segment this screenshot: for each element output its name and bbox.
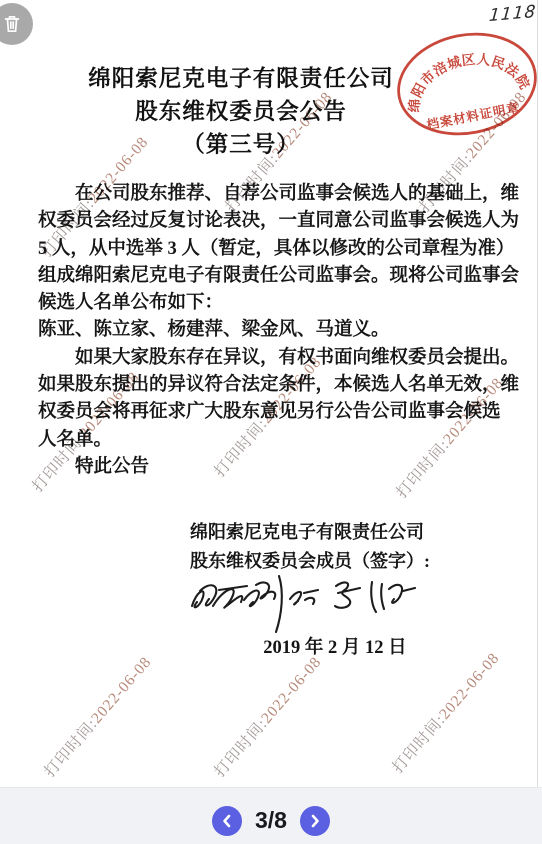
body-line: 特此公告 [38, 454, 510, 481]
handwritten-page-number: 1118 [488, 2, 537, 26]
page-indicator: 3/8 [255, 807, 287, 834]
stamp-center-text: 档案材料证明章 [425, 100, 521, 133]
page-edge-line [537, 0, 538, 787]
pager-bar: 3/8 [0, 787, 542, 844]
print-time-watermark: 打印时间:2022-06-08 [208, 651, 325, 781]
body-line: 权委员会经过反复讨论表决，一直同意公司监事会候选人为 [38, 208, 510, 235]
court-archive-stamp: 绵阳市涪城区人民法院 档案材料证明章 [388, 27, 542, 147]
print-time-watermark: 打印时间:2022-06-08 [38, 651, 155, 781]
chevron-left-icon [219, 813, 235, 829]
document-date: 2019 年 2 月 12 日 [230, 633, 440, 659]
previous-page-button[interactable] [212, 806, 242, 836]
body-line: 候选人名单公布如下： [38, 290, 510, 317]
signature-company-line: 绵阳索尼克电子有限责任公司 [190, 518, 424, 544]
print-time-watermark: 打印时间:2022-06-08 [386, 647, 503, 777]
chevron-right-icon [307, 813, 323, 829]
body-line: 权委员会将再征求广大股东意见另行公告公司监事会候选 [38, 399, 510, 426]
document-body: 在公司股东推荐、自荐公司监事会候选人的基础上，维权委员会经过反复讨论表决，一直同… [38, 181, 510, 481]
body-line: 如果大家股东存在异议，有权书面向维权委员会提出。 [38, 345, 510, 372]
body-line: 5 人，从中选举 3 人（暂定，具体以修改的公司章程为准） [38, 236, 510, 263]
document-viewer-screen: 1118 绵阳索尼克电子有限责任公司 股东维权委员会公告 （第三号） 在公司股东… [0, 0, 542, 844]
body-line: 陈亚、陈立家、杨建萍、梁金风、马道义。 [38, 317, 510, 344]
next-page-button[interactable] [300, 806, 330, 836]
handwritten-signatures [184, 566, 429, 638]
body-line: 组成绵阳索尼克电子有限责任公司监事会。现将公司监事会 [38, 263, 510, 290]
trash-icon [0, 12, 24, 36]
document-page: 1118 绵阳索尼克电子有限责任公司 股东维权委员会公告 （第三号） 在公司股东… [0, 0, 542, 844]
body-line: 如果股东提出的异议符合法定条件，本候选人名单无效，维 [38, 372, 510, 399]
body-line: 在公司股东推荐、自荐公司监事会候选人的基础上，维 [38, 181, 510, 208]
body-line: 人名单。 [38, 427, 510, 454]
